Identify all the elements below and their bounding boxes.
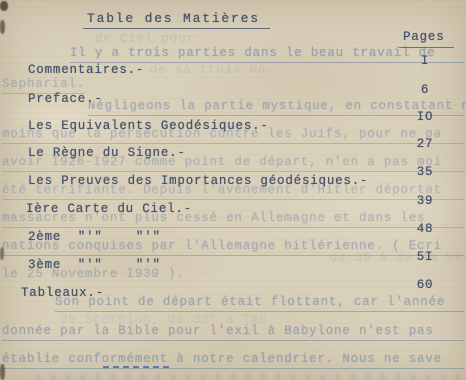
toc-entry-label: Preface.- [28, 93, 103, 106]
toc-entry-label: 3ème "'" "'" [28, 259, 161, 272]
toc-entry-page-number: 35 [408, 166, 442, 179]
bleedthrough-line: de Ciel pour [95, 33, 195, 46]
clipped-bleedthrough-edge [35, 374, 466, 380]
toc-entry-label: Les Equivalents Geodésiques.- [28, 120, 269, 133]
bleedthrough-line: Son point de départ était flottant, car … [55, 296, 464, 312]
pages-column-header: Pages [399, 31, 454, 48]
toc-entry-label: Commentaires.- [28, 64, 144, 77]
page-title: Table des Matières [83, 12, 270, 29]
scan-edge-smudge [0, 1, 8, 11]
ink-dash-marks [103, 366, 169, 368]
toc-entry-page-number: 39 [408, 195, 442, 208]
toc-entry-label: Ière Carte du Ciel.- [26, 203, 192, 216]
bleedthrough-line: de 30 à de la Verseau, de [330, 252, 466, 265]
toc-entry-page-number: 6 [408, 84, 442, 97]
toc-entry-label: 2ème "'" "'" [28, 231, 161, 244]
scan-edge-smudge [0, 20, 5, 34]
toc-entry-page-number: 5I [408, 251, 442, 264]
toc-entry-label: Tableaux.- [21, 287, 104, 300]
bleedthrough-line: donnée par la Bible pour l'exil à Babylo… [2, 325, 464, 341]
toc-entry-label: Le Règne du Signe.- [28, 147, 186, 160]
toc-entry-page-number: 60 [408, 279, 442, 292]
scanned-document-page: de Ciel pour Il y a trois parties dans l… [0, 0, 466, 380]
toc-entry-page-number: 48 [408, 223, 442, 236]
bleedthrough-line: Il y a trois parties dans le beau travai… [70, 47, 464, 63]
toc-entry-page-number: 27 [408, 138, 442, 151]
toc-entry-label: Les Preuves des Importances géodésiques.… [28, 175, 368, 188]
toc-entry-page-number: I [408, 55, 442, 68]
bleedthrough-line: de sa trois No [150, 64, 266, 77]
scan-edge-smudge [0, 364, 5, 380]
scan-edge-smudge [0, 247, 4, 260]
toc-entry-page-number: IO [408, 111, 442, 124]
bleedthrough-line: établie conformément à notre calendrier.… [2, 353, 464, 369]
